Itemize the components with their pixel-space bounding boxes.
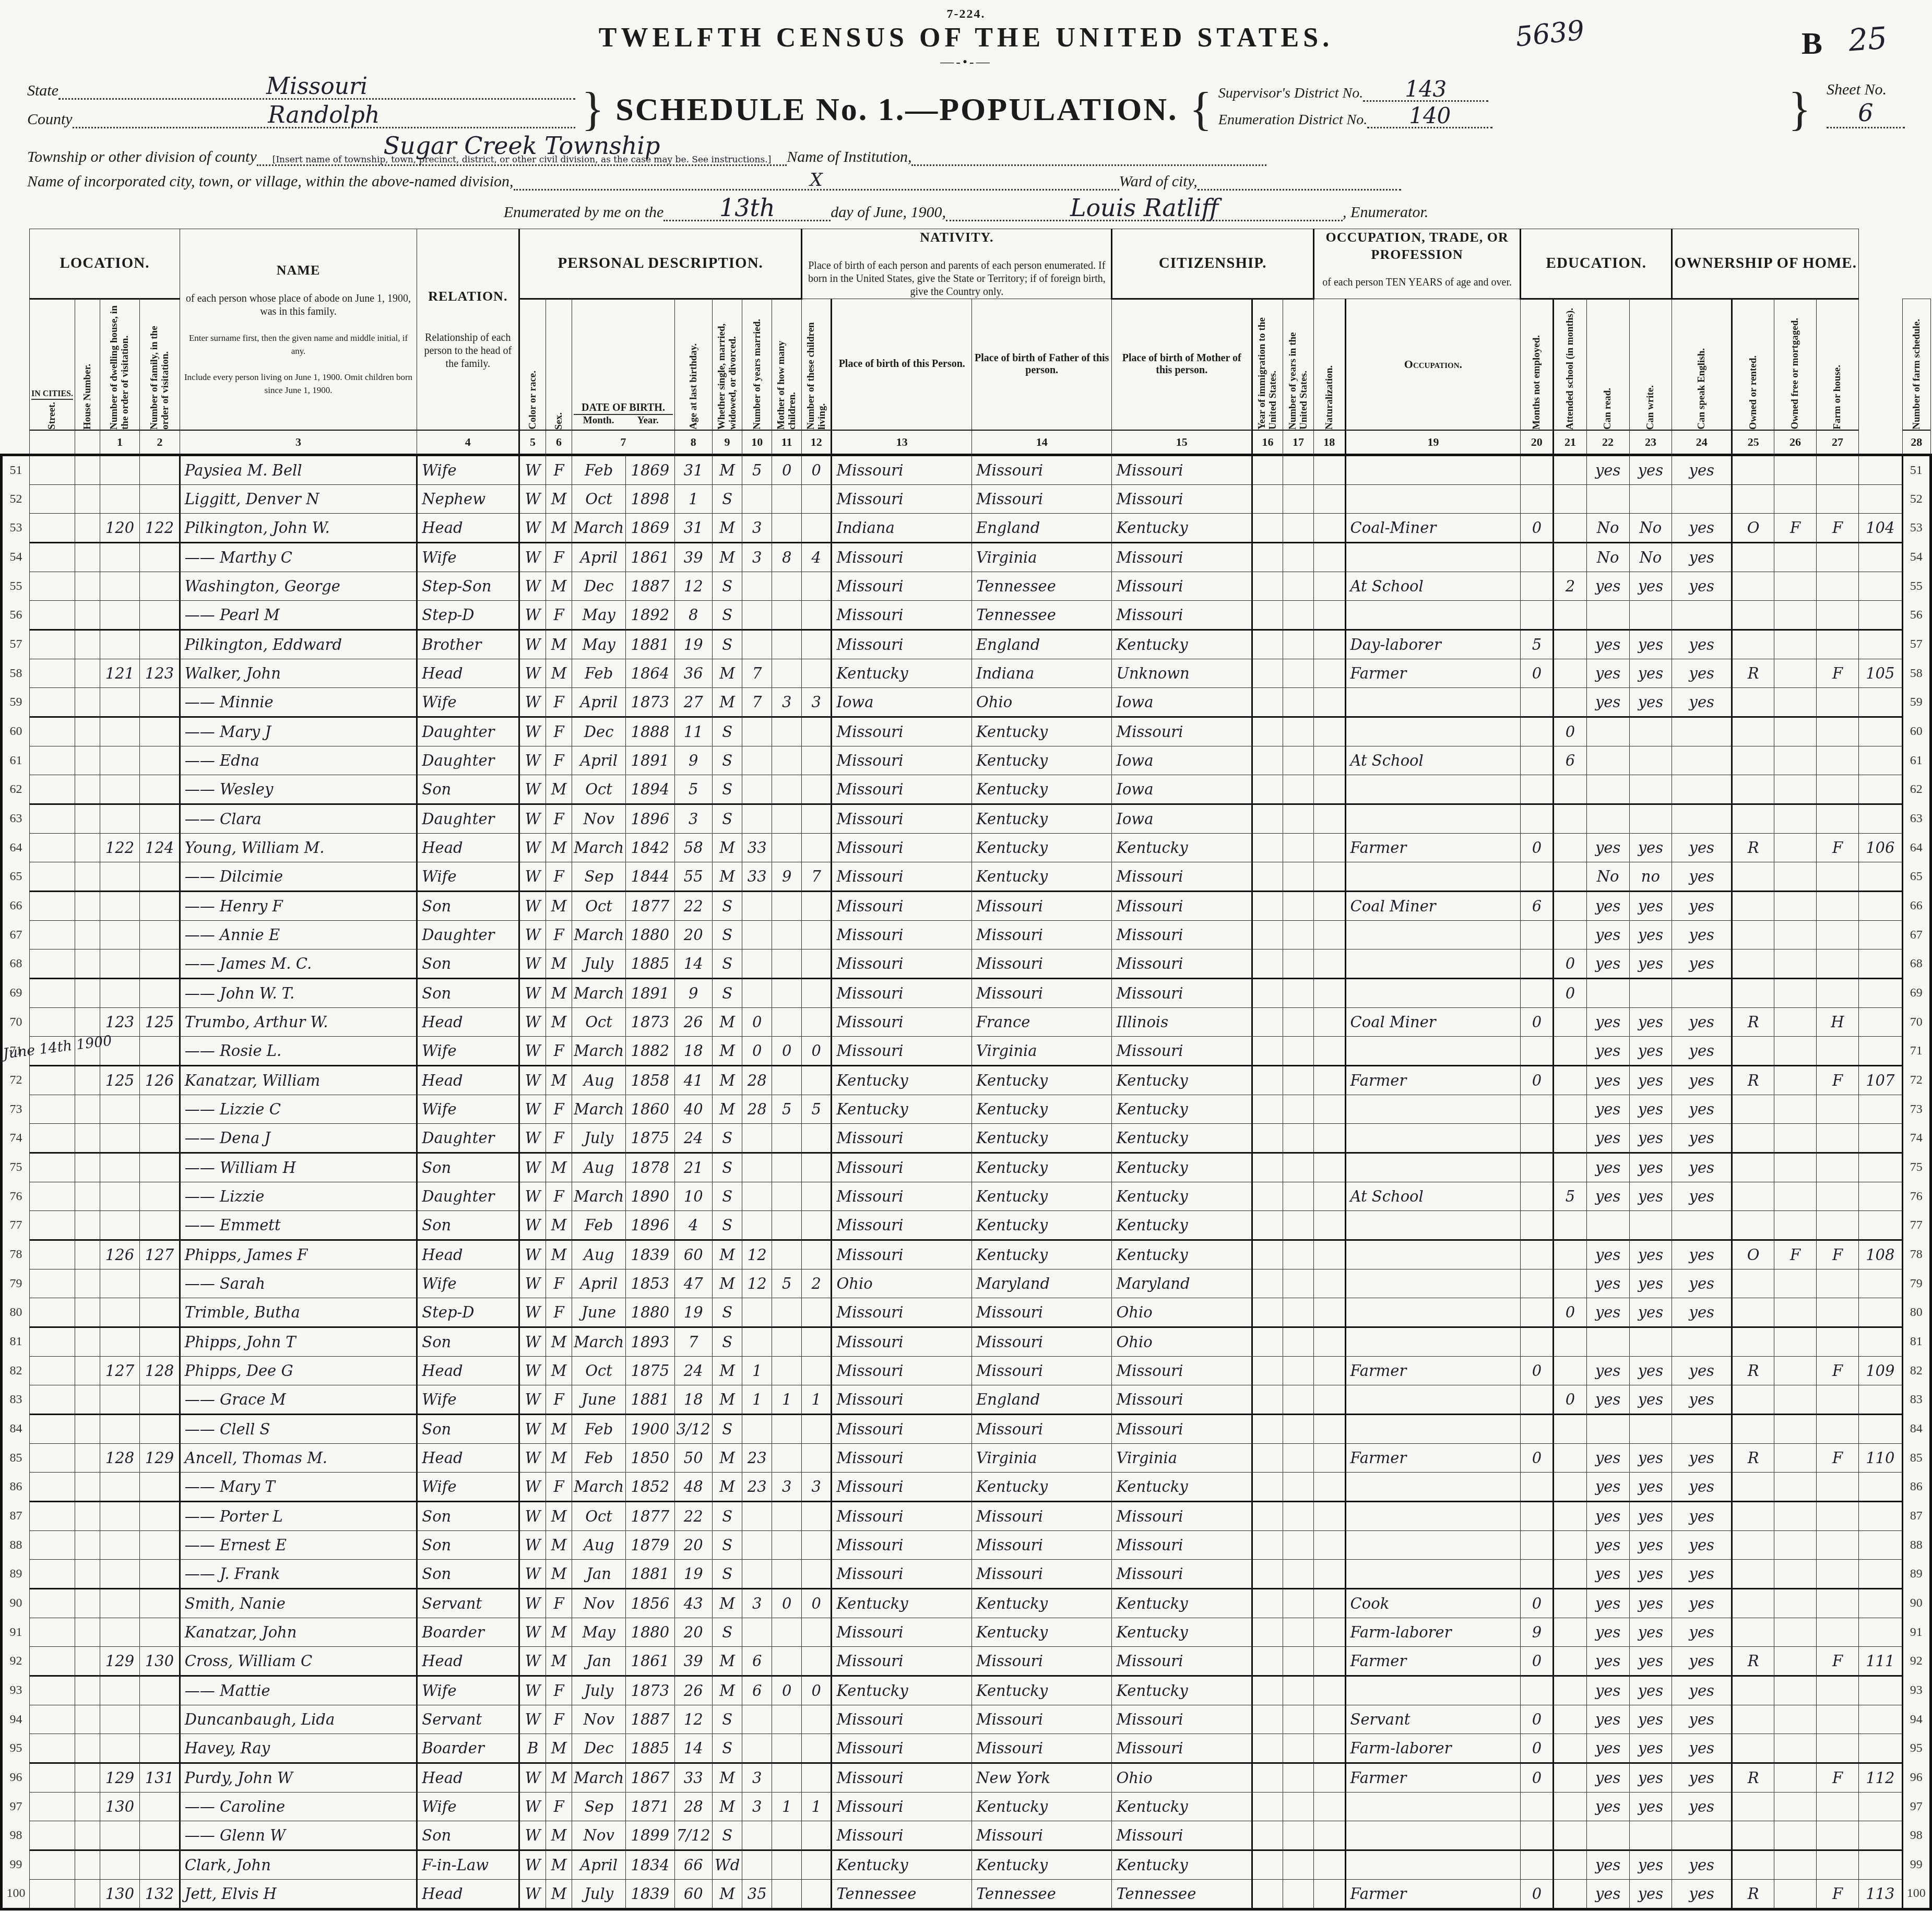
cell-free-mortgaged <box>1774 601 1817 630</box>
cell-free-mortgaged <box>1774 717 1817 746</box>
cell-can-write: yes <box>1629 630 1672 659</box>
cell-pob-person: Missouri <box>832 572 972 601</box>
table-row: 85128129Ancell, Thomas M.HeadWMFeb185050… <box>2 1444 1931 1473</box>
cell-years-married: 0 <box>742 1037 772 1066</box>
cell-birth-month: Dec <box>572 1734 626 1763</box>
cell-mother-of-children <box>772 1298 802 1327</box>
cell-children-living <box>802 1066 832 1095</box>
cell-house-number <box>75 572 100 601</box>
cell-relation: Daughter <box>417 717 519 746</box>
cell-immigration-year <box>1252 1793 1283 1821</box>
cell-pob-mother: Missouri <box>1112 1821 1252 1850</box>
cell-occupation <box>1345 1385 1521 1415</box>
supervisor-value: 143 <box>1363 78 1488 102</box>
cell-can-write <box>1629 775 1672 804</box>
cell-relation: Daughter <box>417 804 519 834</box>
cell-dwelling-number <box>100 1531 139 1560</box>
cell-years-married: 12 <box>742 1240 772 1269</box>
cell-attended-school <box>1554 892 1586 921</box>
cell-pob-mother: Kentucky <box>1112 1676 1252 1705</box>
cell-marital-status: S <box>712 485 742 514</box>
line-number-left: 76 <box>2 1182 30 1211</box>
ward-value <box>1198 189 1401 191</box>
cell-free-mortgaged <box>1774 659 1817 688</box>
cell-pob-person: Missouri <box>832 543 972 572</box>
cell-relation: Wife <box>417 1385 519 1415</box>
cell-family-number <box>140 1560 180 1589</box>
line-number-left: 86 <box>2 1473 30 1502</box>
cell-immigration-year <box>1252 1647 1283 1676</box>
cell-can-speak-english <box>1672 601 1732 630</box>
cell-naturalization <box>1313 1676 1345 1705</box>
cell-mother-of-children <box>772 1560 802 1589</box>
cell-can-speak-english: yes <box>1672 688 1732 717</box>
cell-years-married <box>742 1705 772 1734</box>
cell-pob-father: Missouri <box>972 1560 1112 1589</box>
cell-color: W <box>519 1037 546 1066</box>
cell-mother-of-children <box>772 1821 802 1850</box>
cell-free-mortgaged <box>1774 1502 1817 1531</box>
cell-age: 14 <box>674 949 712 979</box>
cell-relation: Son <box>417 1502 519 1531</box>
cell-relation: Head <box>417 514 519 543</box>
cell-relation: Son <box>417 1531 519 1560</box>
cell-years-married <box>742 921 772 949</box>
line-number-right: 91 <box>1902 1618 1930 1647</box>
cell-can-speak-english: yes <box>1672 1502 1732 1531</box>
cell-pob-mother: Missouri <box>1112 1560 1252 1589</box>
cell-birth-month: Oct <box>572 892 626 921</box>
line-number-right: 55 <box>1902 572 1930 601</box>
cell-birth-year: 1887 <box>626 572 675 601</box>
cell-years-in-us <box>1283 1211 1314 1240</box>
cell-relation: Daughter <box>417 746 519 775</box>
cell-pob-father: Virginia <box>972 1444 1112 1473</box>
cell-immigration-year <box>1252 1095 1283 1124</box>
cell-family-number <box>140 1124 180 1153</box>
line-number-left: 85 <box>2 1444 30 1473</box>
cell-years-in-us <box>1283 1182 1314 1211</box>
cell-pob-mother: Kentucky <box>1112 630 1252 659</box>
cell-sex: F <box>546 1676 572 1705</box>
cell-farm-schedule: 108 <box>1858 1240 1902 1269</box>
cell-family-number <box>140 1676 180 1705</box>
cell-immigration-year <box>1252 1821 1283 1850</box>
cell-dwelling-number: 127 <box>100 1357 139 1385</box>
cell-relation: Servant <box>417 1705 519 1734</box>
cell-house-number <box>75 688 100 717</box>
cell-name: Purdy, John W <box>180 1763 417 1793</box>
cell-family-number <box>140 1182 180 1211</box>
cell-color: W <box>519 1793 546 1821</box>
cell-birth-month: Aug <box>572 1153 626 1182</box>
cell-age: 20 <box>674 921 712 949</box>
cell-mother-of-children: 0 <box>772 1676 802 1705</box>
cell-owned-rented: R <box>1732 1066 1774 1095</box>
cell-farm-house <box>1817 1618 1859 1647</box>
cell-children-living: 5 <box>802 1095 832 1124</box>
cell-children-living <box>802 659 832 688</box>
cell-months-unemployed: 0 <box>1521 1008 1554 1037</box>
cell-house-number <box>75 485 100 514</box>
cell-pob-mother: Missouri <box>1112 1415 1252 1444</box>
cell-dwelling-number <box>100 717 139 746</box>
cell-age: 21 <box>674 1153 712 1182</box>
cell-years-in-us <box>1283 1676 1314 1705</box>
cell-farm-schedule <box>1858 1821 1902 1850</box>
cell-attended-school <box>1554 1008 1586 1037</box>
cell-immigration-year <box>1252 746 1283 775</box>
cell-name: Kanatzar, William <box>180 1066 417 1095</box>
cell-can-read: yes <box>1586 1182 1629 1211</box>
line-number-right: 84 <box>1902 1415 1930 1444</box>
cell-farm-schedule <box>1858 1385 1902 1415</box>
cell-relation: Wife <box>417 1793 519 1821</box>
cell-years-married: 23 <box>742 1444 772 1473</box>
cell-birth-year: 1864 <box>626 659 675 688</box>
cell-free-mortgaged <box>1774 746 1817 775</box>
table-row: 56—— Pearl MStep-DWFMay18928SMissouriTen… <box>2 601 1931 630</box>
cell-can-read <box>1586 1211 1629 1240</box>
cell-age: 9 <box>674 746 712 775</box>
cell-pob-father: Missouri <box>972 921 1112 949</box>
cell-children-living <box>802 1008 832 1037</box>
cell-owned-rented <box>1732 485 1774 514</box>
line-number-right: 51 <box>1902 455 1930 485</box>
county-label: County <box>27 111 73 128</box>
cell-dwelling-number <box>100 1821 139 1850</box>
cell-can-speak-english: yes <box>1672 1763 1732 1793</box>
line-number-right: 68 <box>1902 949 1930 979</box>
cell-immigration-year <box>1252 1211 1283 1240</box>
cell-owned-rented <box>1732 1037 1774 1066</box>
cell-pob-mother: Kentucky <box>1112 1211 1252 1240</box>
cell-naturalization <box>1313 630 1345 659</box>
sheet-no-value: 6 <box>1827 99 1905 128</box>
cell-free-mortgaged <box>1774 688 1817 717</box>
cell-house-number <box>75 1734 100 1763</box>
table-row: 99Clark, JohnF-in-LawWMApril183466WdKent… <box>2 1850 1931 1880</box>
cell-occupation: Farmer <box>1345 1880 1521 1909</box>
cell-mother-of-children: 9 <box>772 862 802 892</box>
cell-marital-status: S <box>712 1124 742 1153</box>
cell-naturalization <box>1313 1444 1345 1473</box>
cell-pob-person: Missouri <box>832 717 972 746</box>
cell-family-number <box>140 1705 180 1734</box>
cell-farm-house <box>1817 1095 1859 1124</box>
cell-age: 8 <box>674 601 712 630</box>
line-number-right: 59 <box>1902 688 1930 717</box>
cell-pob-mother: Kentucky <box>1112 1618 1252 1647</box>
cell-dwelling-number <box>100 1182 139 1211</box>
cell-immigration-year <box>1252 1327 1283 1357</box>
cell-immigration-year <box>1252 1880 1283 1909</box>
cell-house-number <box>75 1821 100 1850</box>
cell-color: W <box>519 1531 546 1560</box>
cell-naturalization <box>1313 1763 1345 1793</box>
cell-family-number <box>140 485 180 514</box>
cell-age: 3 <box>674 804 712 834</box>
cell-pob-person: Missouri <box>832 979 972 1008</box>
cell-naturalization <box>1313 1298 1345 1327</box>
line-number-right: 100 <box>1902 1880 1930 1909</box>
cell-months-unemployed <box>1521 775 1554 804</box>
cell-pob-person: Missouri <box>832 892 972 921</box>
cell-farm-schedule: 111 <box>1858 1647 1902 1676</box>
cell-naturalization <box>1313 455 1345 485</box>
cell-birth-year: 1861 <box>626 1647 675 1676</box>
cell-attended-school <box>1554 921 1586 949</box>
cell-pob-mother: Kentucky <box>1112 1182 1252 1211</box>
cell-years-in-us <box>1283 1531 1314 1560</box>
cell-can-read: yes <box>1586 1734 1629 1763</box>
cell-marital-status: M <box>712 1037 742 1066</box>
cell-naturalization <box>1313 1037 1345 1066</box>
cell-farm-schedule <box>1858 862 1902 892</box>
cell-free-mortgaged <box>1774 834 1817 862</box>
cell-name: Walker, John <box>180 659 417 688</box>
cell-can-read: yes <box>1586 1124 1629 1153</box>
cell-color: W <box>519 485 546 514</box>
state-label: State <box>27 82 58 100</box>
cell-dwelling-number: 125 <box>100 1066 139 1095</box>
cell-street <box>29 543 75 572</box>
table-row: 67—— Annie EDaughterWFMarch188020SMissou… <box>2 921 1931 949</box>
cell-marital-status: S <box>712 601 742 630</box>
cell-birth-year: 1877 <box>626 1502 675 1531</box>
table-row: 93—— MattieWifeWFJuly187326M600KentuckyK… <box>2 1676 1931 1705</box>
cell-months-unemployed <box>1521 746 1554 775</box>
cell-owned-rented <box>1732 892 1774 921</box>
cell-attended-school <box>1554 1211 1586 1240</box>
cell-marital-status: M <box>712 1357 742 1385</box>
cell-attended-school <box>1554 1473 1586 1502</box>
cell-name: Paysiea M. Bell <box>180 455 417 485</box>
line-number-left: 59 <box>2 688 30 717</box>
cell-farm-house <box>1817 1327 1859 1357</box>
cell-can-write: yes <box>1629 1618 1672 1647</box>
cell-children-living: 0 <box>802 455 832 485</box>
cell-age: 9 <box>674 979 712 1008</box>
cell-years-married <box>742 1618 772 1647</box>
cell-color: W <box>519 804 546 834</box>
cell-years-married <box>742 1502 772 1531</box>
cell-street <box>29 775 75 804</box>
cell-farm-house <box>1817 892 1859 921</box>
institution-label: Name of Institution, <box>787 148 911 166</box>
cell-marital-status: M <box>712 543 742 572</box>
cell-years-in-us <box>1283 1618 1314 1647</box>
form-number: 7-224. <box>14 7 1918 21</box>
cell-years-in-us <box>1283 1502 1314 1531</box>
cell-can-write: yes <box>1629 1298 1672 1327</box>
cell-pob-person: Missouri <box>832 1821 972 1850</box>
cell-years-married <box>742 1153 772 1182</box>
cell-age: 36 <box>674 659 712 688</box>
cell-immigration-year <box>1252 1734 1283 1763</box>
cell-can-speak-english: yes <box>1672 1444 1732 1473</box>
cell-pob-mother: Kentucky <box>1112 1473 1252 1502</box>
cell-can-write: yes <box>1629 1037 1672 1066</box>
cell-months-unemployed <box>1521 1182 1554 1211</box>
cell-years-in-us <box>1283 1095 1314 1124</box>
cell-immigration-year <box>1252 717 1283 746</box>
cell-farm-schedule <box>1858 1560 1902 1589</box>
cell-free-mortgaged <box>1774 1618 1817 1647</box>
cell-can-speak-english <box>1672 804 1732 834</box>
cell-house-number <box>75 949 100 979</box>
can-speak-english-header: Can speak English. <box>1672 299 1732 430</box>
cell-relation: Head <box>417 659 519 688</box>
enum-district-label: Enumeration District No. <box>1218 112 1367 128</box>
cell-months-unemployed <box>1521 1298 1554 1327</box>
cell-mother-of-children <box>772 601 802 630</box>
cell-pob-person: Missouri <box>832 1037 972 1066</box>
cell-years-married <box>742 630 772 659</box>
cell-pob-person: Missouri <box>832 1124 972 1153</box>
cell-attended-school: 2 <box>1554 572 1586 601</box>
cell-attended-school <box>1554 1066 1586 1095</box>
cell-marital-status: S <box>712 1153 742 1182</box>
population-schedule-table: LOCATION. NAME of each person whose plac… <box>0 229 1932 1910</box>
cell-family-number <box>140 1502 180 1531</box>
cell-can-write: yes <box>1629 1502 1672 1531</box>
cell-relation: Son <box>417 1211 519 1240</box>
cell-owned-rented <box>1732 1676 1774 1705</box>
cell-mother-of-children: 3 <box>772 688 802 717</box>
cell-free-mortgaged <box>1774 949 1817 979</box>
cell-mother-of-children: 0 <box>772 455 802 485</box>
cell-relation: Son <box>417 1415 519 1444</box>
cell-family-number <box>140 1095 180 1124</box>
cell-dwelling-number <box>100 1676 139 1705</box>
cell-months-unemployed <box>1521 1269 1554 1298</box>
cell-color: W <box>519 455 546 485</box>
cell-dwelling-number <box>100 892 139 921</box>
cell-can-speak-english: yes <box>1672 1473 1732 1502</box>
cell-birth-month: March <box>572 1327 626 1357</box>
cell-mother-of-children <box>772 485 802 514</box>
cell-children-living <box>802 514 832 543</box>
cell-birth-year: 1880 <box>626 1618 675 1647</box>
immigration-year-header: Year of immigration to the United States… <box>1252 299 1283 430</box>
cell-color: W <box>519 1357 546 1385</box>
cell-mother-of-children: 1 <box>772 1385 802 1415</box>
cell-can-write: yes <box>1629 921 1672 949</box>
cell-naturalization <box>1313 543 1345 572</box>
cell-can-read: yes <box>1586 949 1629 979</box>
cell-years-married: 12 <box>742 1269 772 1298</box>
cell-occupation <box>1345 1850 1521 1880</box>
cell-birth-month: July <box>572 949 626 979</box>
cell-immigration-year <box>1252 1037 1283 1066</box>
cell-marital-status: M <box>712 834 742 862</box>
cell-occupation <box>1345 1531 1521 1560</box>
page-number: 25 <box>1847 20 1888 58</box>
cell-farm-schedule <box>1858 630 1902 659</box>
table-row: 76—— LizzieDaughterWFMarch189010SMissour… <box>2 1182 1931 1211</box>
cell-pob-father: Kentucky <box>972 1240 1112 1269</box>
cell-can-speak-english <box>1672 1821 1732 1850</box>
cell-naturalization <box>1313 1589 1345 1618</box>
cell-street <box>29 1357 75 1385</box>
cell-house-number <box>75 1444 100 1473</box>
cell-naturalization <box>1313 775 1345 804</box>
cell-farm-house <box>1817 1793 1859 1821</box>
cell-mother-of-children <box>772 1211 802 1240</box>
cell-naturalization <box>1313 1560 1345 1589</box>
cell-dwelling-number <box>100 1415 139 1444</box>
cell-farm-house <box>1817 979 1859 1008</box>
cell-relation: Step-Son <box>417 572 519 601</box>
cell-dwelling-number <box>100 775 139 804</box>
cell-years-married: 3 <box>742 514 772 543</box>
cell-occupation <box>1345 1821 1521 1850</box>
line-number-left: 51 <box>2 455 30 485</box>
cell-pob-father: Missouri <box>972 1502 1112 1531</box>
cell-owned-rented: R <box>1732 1357 1774 1385</box>
cell-immigration-year <box>1252 485 1283 514</box>
cell-can-speak-english: yes <box>1672 572 1732 601</box>
table-row: 70123125Trumbo, Arthur W.HeadWMOct187326… <box>2 1008 1931 1037</box>
cell-birth-month: April <box>572 746 626 775</box>
table-row: 100130132Jett, Elvis HHeadWMJuly183960M3… <box>2 1880 1931 1909</box>
cell-attended-school <box>1554 1095 1586 1124</box>
cell-pob-father: Kentucky <box>972 862 1112 892</box>
cell-owned-rented <box>1732 572 1774 601</box>
cell-immigration-year <box>1252 892 1283 921</box>
city-label: Name of incorporated city, town, or vill… <box>27 173 514 191</box>
cell-immigration-year <box>1252 455 1283 485</box>
cell-sex: F <box>546 1589 572 1618</box>
cell-can-write: yes <box>1629 1531 1672 1560</box>
cell-can-speak-english <box>1672 1415 1732 1444</box>
cell-birth-month: April <box>572 688 626 717</box>
cell-house-number <box>75 1298 100 1327</box>
cell-can-write: yes <box>1629 688 1672 717</box>
cell-pob-mother: Missouri <box>1112 892 1252 921</box>
cell-sex: M <box>546 834 572 862</box>
cell-farm-house: F <box>1817 1357 1859 1385</box>
cell-free-mortgaged <box>1774 1124 1817 1153</box>
cell-free-mortgaged <box>1774 1850 1817 1880</box>
cell-can-speak-english: yes <box>1672 630 1732 659</box>
cell-color: W <box>519 1124 546 1153</box>
cell-house-number <box>75 1415 100 1444</box>
cell-street <box>29 892 75 921</box>
cell-can-speak-english: yes <box>1672 1269 1732 1298</box>
cell-can-speak-english: yes <box>1672 1385 1732 1415</box>
cell-age: 39 <box>674 1647 712 1676</box>
cell-sex: M <box>546 979 572 1008</box>
line-number-right: 72 <box>1902 1066 1930 1095</box>
cell-can-write: yes <box>1629 1793 1672 1821</box>
cell-relation: Son <box>417 775 519 804</box>
cell-attended-school <box>1554 1357 1586 1385</box>
cell-dwelling-number <box>100 1269 139 1298</box>
cell-name: —— Lizzie C <box>180 1095 417 1124</box>
line-number-right: 58 <box>1902 659 1930 688</box>
cell-pob-person: Missouri <box>832 1153 972 1182</box>
pob-mother-header: Place of birth of Mother of this person. <box>1112 299 1252 430</box>
cell-can-speak-english: yes <box>1672 543 1732 572</box>
cell-name: —— Mary T <box>180 1473 417 1502</box>
cell-can-read: yes <box>1586 892 1629 921</box>
cell-can-speak-english: yes <box>1672 1182 1732 1211</box>
cell-color: W <box>519 1153 546 1182</box>
occupation-header: Occupation. <box>1345 299 1521 430</box>
cell-attended-school <box>1554 659 1586 688</box>
